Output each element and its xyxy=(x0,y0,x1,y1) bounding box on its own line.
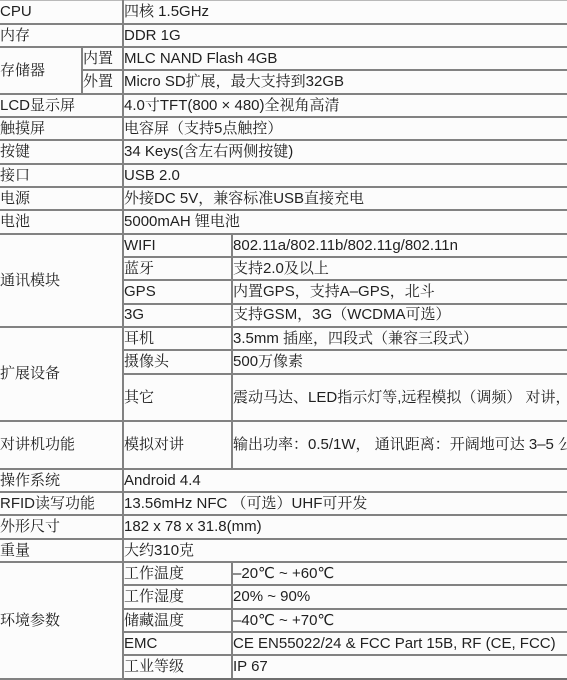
spec-value: 182 x 78 x 31.8(mm) xyxy=(123,515,567,538)
table-row: 电源 外接DC 5V，兼容标准USB直接充电 xyxy=(0,187,567,210)
spec-value: 3.5mm 插座，四段式（兼容三段式） xyxy=(232,327,567,350)
spec-label: 外形尺寸 xyxy=(0,515,123,538)
spec-value: 电容屏（支持5点触控） xyxy=(123,117,567,140)
spec-value: MLC NAND Flash 4GB xyxy=(123,47,567,70)
spec-table: CPU 四核 1.5GHz 内存 DDR 1G 存储器 内置 MLC NAND … xyxy=(0,0,567,680)
spec-label: 存储器 xyxy=(0,47,82,94)
spec-label: 扩展设备 xyxy=(0,327,123,421)
spec-label: LCD显示屏 xyxy=(0,94,123,117)
spec-value: 大约310克 xyxy=(123,539,567,562)
spec-label: CPU xyxy=(0,1,123,24)
spec-sub-label: GPS xyxy=(123,280,232,303)
spec-label: 触摸屏 xyxy=(0,117,123,140)
spec-value: 支持GSM，3G（WCDMA可选） xyxy=(232,304,567,327)
spec-label: 操作系统 xyxy=(0,469,123,492)
spec-sub-label: 蓝牙 xyxy=(123,257,232,280)
spec-value: 5000mAH 锂电池 xyxy=(123,210,567,233)
spec-sheet-page: CPU 四核 1.5GHz 内存 DDR 1G 存储器 内置 MLC NAND … xyxy=(0,0,567,680)
spec-sub-label: 工作湿度 xyxy=(123,585,232,608)
spec-sub-label: 3G xyxy=(123,304,232,327)
spec-sub-label: 储藏温度 xyxy=(123,609,232,632)
spec-label: 通讯模块 xyxy=(0,234,123,327)
spec-value: 13.56mHz NFC （可选）UHF可开发 xyxy=(123,492,567,515)
spec-label: 环境参数 xyxy=(0,562,123,679)
spec-value: 输出功率：0.5/1W， 通讯距离：开阔地可达 3–5 公里，自设中继台 xyxy=(232,421,567,469)
spec-value: DDR 1G xyxy=(123,24,567,47)
spec-label: 接口 xyxy=(0,164,123,187)
spec-value: –40℃ ~ +70℃ xyxy=(232,609,567,632)
table-row: 外形尺寸 182 x 78 x 31.8(mm) xyxy=(0,515,567,538)
spec-label: 对讲机功能 xyxy=(0,421,123,469)
table-row: CPU 四核 1.5GHz xyxy=(0,1,567,24)
spec-label: 重量 xyxy=(0,539,123,562)
spec-sub-label: 耳机 xyxy=(123,327,232,350)
spec-label: 电池 xyxy=(0,210,123,233)
spec-sub-label: WIFI xyxy=(123,234,232,257)
table-row: LCD显示屏 4.0寸TFT(800 × 480)全视角高清 xyxy=(0,94,567,117)
spec-value: Micro SD扩展，最大支持到32GB xyxy=(123,70,567,93)
spec-value: 500万像素 xyxy=(232,350,567,373)
table-row: 通讯模块 WIFI 802.11a/802.11b/802.11g/802.11… xyxy=(0,234,567,257)
table-row: RFID读写功能 13.56mHz NFC （可选）UHF可开发 xyxy=(0,492,567,515)
spec-sub-label: 工业等级 xyxy=(123,655,232,679)
table-row: 内存 DDR 1G xyxy=(0,24,567,47)
table-row: 存储器 内置 MLC NAND Flash 4GB xyxy=(0,47,567,70)
spec-value: –20℃ ~ +60℃ xyxy=(232,562,567,585)
spec-sub-label: 工作温度 xyxy=(123,562,232,585)
spec-sub-label: 其它 xyxy=(123,374,232,422)
spec-value: 支持2.0及以上 xyxy=(232,257,567,280)
spec-label: 按键 xyxy=(0,140,123,163)
table-row: 对讲机功能 模拟对讲 输出功率：0.5/1W， 通讯距离：开阔地可达 3–5 公… xyxy=(0,421,567,469)
spec-value: 802.11a/802.11b/802.11g/802.11n xyxy=(232,234,567,257)
spec-sub-label: EMC xyxy=(123,632,232,655)
spec-sub-label: 外置 xyxy=(82,70,123,93)
spec-label: RFID读写功能 xyxy=(0,492,123,515)
spec-value: 内置GPS，支持A–GPS，北斗 xyxy=(232,280,567,303)
spec-sub-label: 摄像头 xyxy=(123,350,232,373)
spec-value: USB 2.0 xyxy=(123,164,567,187)
spec-value: 34 Keys(含左右两侧按键) xyxy=(123,140,567,163)
table-row: 环境参数 工作温度 –20℃ ~ +60℃ xyxy=(0,562,567,585)
spec-sub-label: 内置 xyxy=(82,47,123,70)
spec-value: 4.0寸TFT(800 × 480)全视角高清 xyxy=(123,94,567,117)
table-row: 电池 5000mAH 锂电池 xyxy=(0,210,567,233)
table-row: 外置 Micro SD扩展，最大支持到32GB xyxy=(0,70,567,93)
table-row: 重量 大约310克 xyxy=(0,539,567,562)
table-row: 接口 USB 2.0 xyxy=(0,164,567,187)
spec-sub-label: 模拟对讲 xyxy=(123,421,232,469)
table-row: 扩展设备 耳机 3.5mm 插座，四段式（兼容三段式） xyxy=(0,327,567,350)
spec-value: 20% ~ 90% xyxy=(232,585,567,608)
spec-value: CE EN55022/24 & FCC Part 15B, RF (CE, FC… xyxy=(232,632,567,655)
spec-label: 电源 xyxy=(0,187,123,210)
table-row: 操作系统 Android 4.4 xyxy=(0,469,567,492)
table-row: 触摸屏 电容屏（支持5点触控） xyxy=(0,117,567,140)
spec-value: IP 67 xyxy=(232,655,567,679)
spec-value: 四核 1.5GHz xyxy=(123,1,567,24)
spec-value: 外接DC 5V，兼容标准USB直接充电 xyxy=(123,187,567,210)
table-row: 按键 34 Keys(含左右两侧按键) xyxy=(0,140,567,163)
spec-value: 震动马达、LED指示灯等,远程模拟（调频） 对讲，宽动态强光对焦拍照 xyxy=(232,374,567,422)
spec-value: Android 4.4 xyxy=(123,469,567,492)
spec-label: 内存 xyxy=(0,24,123,47)
